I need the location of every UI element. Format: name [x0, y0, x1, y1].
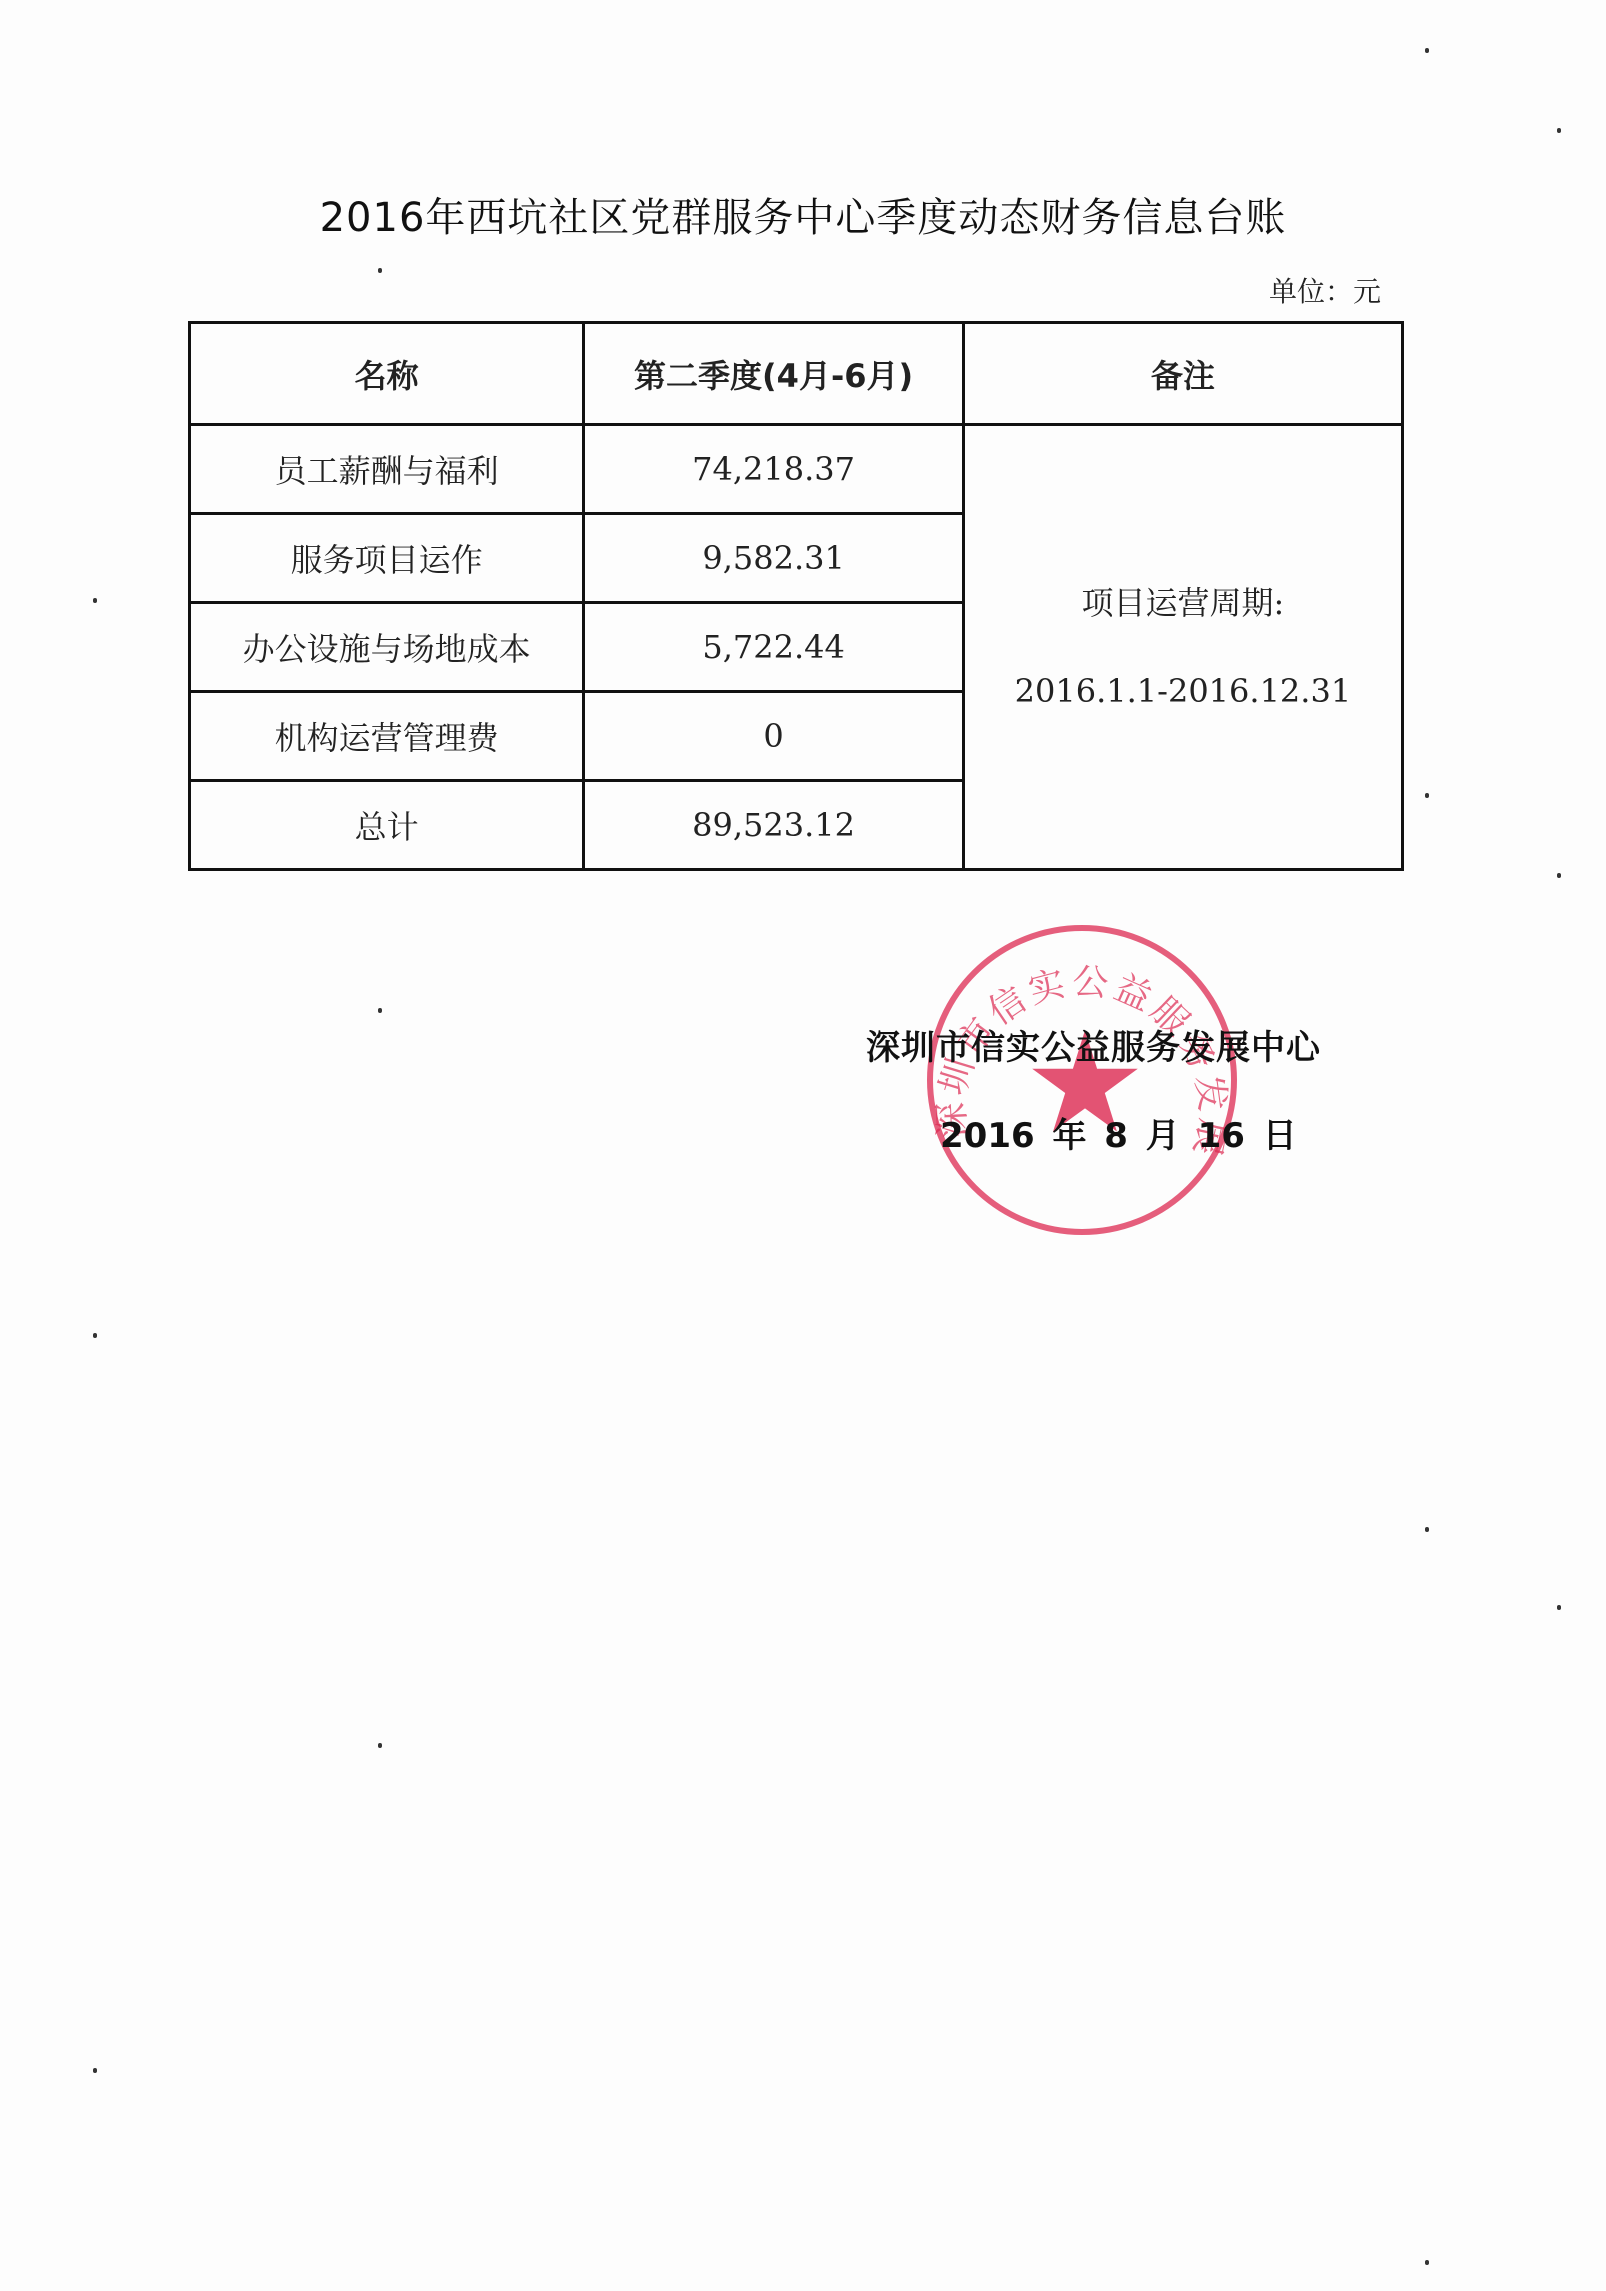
- signature-date: 2016 年 8 月 16 日: [940, 1108, 1297, 1157]
- table-header-row: 名称 第二季度(4月-6月) 备注: [190, 323, 1403, 425]
- scan-speck: [1425, 1527, 1429, 1532]
- scan-speck: [378, 1008, 382, 1013]
- row-value: 0: [584, 692, 963, 781]
- scan-speck: [1425, 793, 1429, 798]
- row-name: 机构运营管理费: [190, 692, 584, 781]
- scan-speck: [1425, 48, 1429, 53]
- scan-speck: [93, 1333, 97, 1338]
- scan-speck: [378, 268, 382, 273]
- row-value: 9,582.31: [584, 514, 963, 603]
- row-name: 员工薪酬与福利: [190, 425, 584, 514]
- row-name: 总计: [190, 781, 584, 870]
- table-row: 员工薪酬与福利 74,218.37 项目运营周期: 2016.1.1-2016.…: [190, 425, 1403, 514]
- row-name: 服务项目运作: [190, 514, 584, 603]
- note-line-2: 2016.1.1-2016.12.31: [965, 647, 1401, 735]
- row-value: 89,523.12: [584, 781, 963, 870]
- notes-cell: 项目运营周期: 2016.1.1-2016.12.31: [963, 425, 1402, 870]
- row-value: 74,218.37: [584, 425, 963, 514]
- row-value: 5,722.44: [584, 603, 963, 692]
- scan-speck: [378, 1743, 382, 1748]
- finance-ledger-table: 名称 第二季度(4月-6月) 备注 员工薪酬与福利 74,218.37 项目运营…: [188, 321, 1404, 871]
- scan-speck: [1557, 128, 1561, 133]
- scan-speck: [1557, 1605, 1561, 1610]
- scan-speck: [1425, 2260, 1429, 2265]
- header-notes: 备注: [963, 323, 1402, 425]
- unit-label: 单位：元: [1269, 270, 1381, 310]
- header-q2: 第二季度(4月-6月): [584, 323, 963, 425]
- scan-speck: [93, 2068, 97, 2073]
- header-name: 名称: [190, 323, 584, 425]
- organization-name: 深圳市信实公益服务发展中心: [866, 1020, 1321, 1069]
- note-line-1: 项目运营周期:: [965, 559, 1401, 647]
- row-name: 办公设施与场地成本: [190, 603, 584, 692]
- scan-speck: [1557, 873, 1561, 878]
- document-title: 2016年西坑社区党群服务中心季度动态财务信息台账: [0, 186, 1606, 243]
- scan-speck: [93, 598, 97, 603]
